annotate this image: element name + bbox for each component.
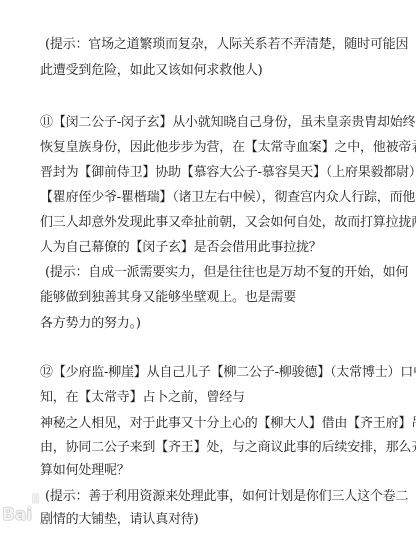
item-12-text-line-3: 神秘之人相见，对于此事又十分上心的【柳大人】借由【齐王府】吊样为 <box>40 416 416 432</box>
item-11-paragraph-line-1: ⑪【闵二公子-闵子玄】从小就知晓自己身份，虽未皇亲贵胄却始终无法 <box>40 115 416 131</box>
item-11-text-line-6: 人为自己幕僚的【闵子玄】是否会借用此事拉拢？ <box>40 240 322 256</box>
document-page: (提示：官场之道繁琐而复杂，人际关系若不弄清楚，随时可能因 此遭受到危险，如此又… <box>0 0 416 533</box>
item-12-text-line-5: 算如何处理呢？ <box>40 463 130 479</box>
item-11-text-line-2: 恢复皇族身份，因此他步步为营，在【太常寺血案】之中，他被帝君破格 <box>40 140 416 156</box>
item-12-paragraph-line-1: ⑫【少府监-柳崖】从自己儿子【柳二公子-柳骏德】（太常博士）口中得 <box>40 365 416 381</box>
item-11-text-line-5: 们三人却意外发现此事又牵扯前朝，又会如何自处，故而打算拉拢两 <box>40 215 416 231</box>
item-12-text-line-4: 由，协同二公子来到【齐王】处，与之商议此事的后续安排，那么齐王打 <box>40 440 416 456</box>
hint-1-line-2: 此遭受到危险，如此又该如何求救他人) <box>40 63 262 79</box>
item-12-text-line-2: 知，在【太常寺】占卜之前，曾经与 <box>40 390 245 406</box>
item-12-text-line-1: 【少府监-柳崖】从自己儿子【柳二公子-柳骏德】（太常博士）口中得 <box>53 365 416 380</box>
item-11-hint-line-2: 能够做到独善其身又能够坐壁观上。也是需要 <box>40 290 296 306</box>
item-12-hint-line-1: (提示：善于利用资源来处理此事，如何计划是你们三人这个卷二 <box>45 489 408 505</box>
item-11-text-line-3: 晋封为【御前侍卫】协助【慕容大公子-慕容昊天】（上府果毅都尉）， <box>40 165 416 181</box>
item-11-number: ⑪ <box>40 115 53 130</box>
item-11-hint-line-1: (提示：自成一派需要实力，但是往往也是万劫不复的开始，如何 <box>45 265 408 281</box>
hint-1-line-1: (提示：官场之道繁琐而复杂，人际关系若不弄清楚，随时可能因 <box>45 37 408 53</box>
watermark-text: Bai <box>2 505 32 525</box>
item-12-number: ⑫ <box>40 365 53 380</box>
baidu-paw-icon: ꟾꟾ <box>32 495 39 506</box>
item-11-text-line-1: 【闵二公子-闵子玄】从小就知晓自己身份，虽未皇亲贵胄却始终无法 <box>53 115 416 130</box>
item-12-hint-line-2: 剧情的大铺垫，请认真对待) <box>40 512 198 528</box>
item-11-text-line-4: 【瞿府侄少爷-瞿楷瑞】（诸卫左右中候），彻查宫内众人行踪，而他 <box>40 190 415 206</box>
baidu-watermark: Bai ꟾꟾ <box>2 505 32 525</box>
item-11-hint-line-3: 各方势力的努力。) <box>40 316 141 332</box>
